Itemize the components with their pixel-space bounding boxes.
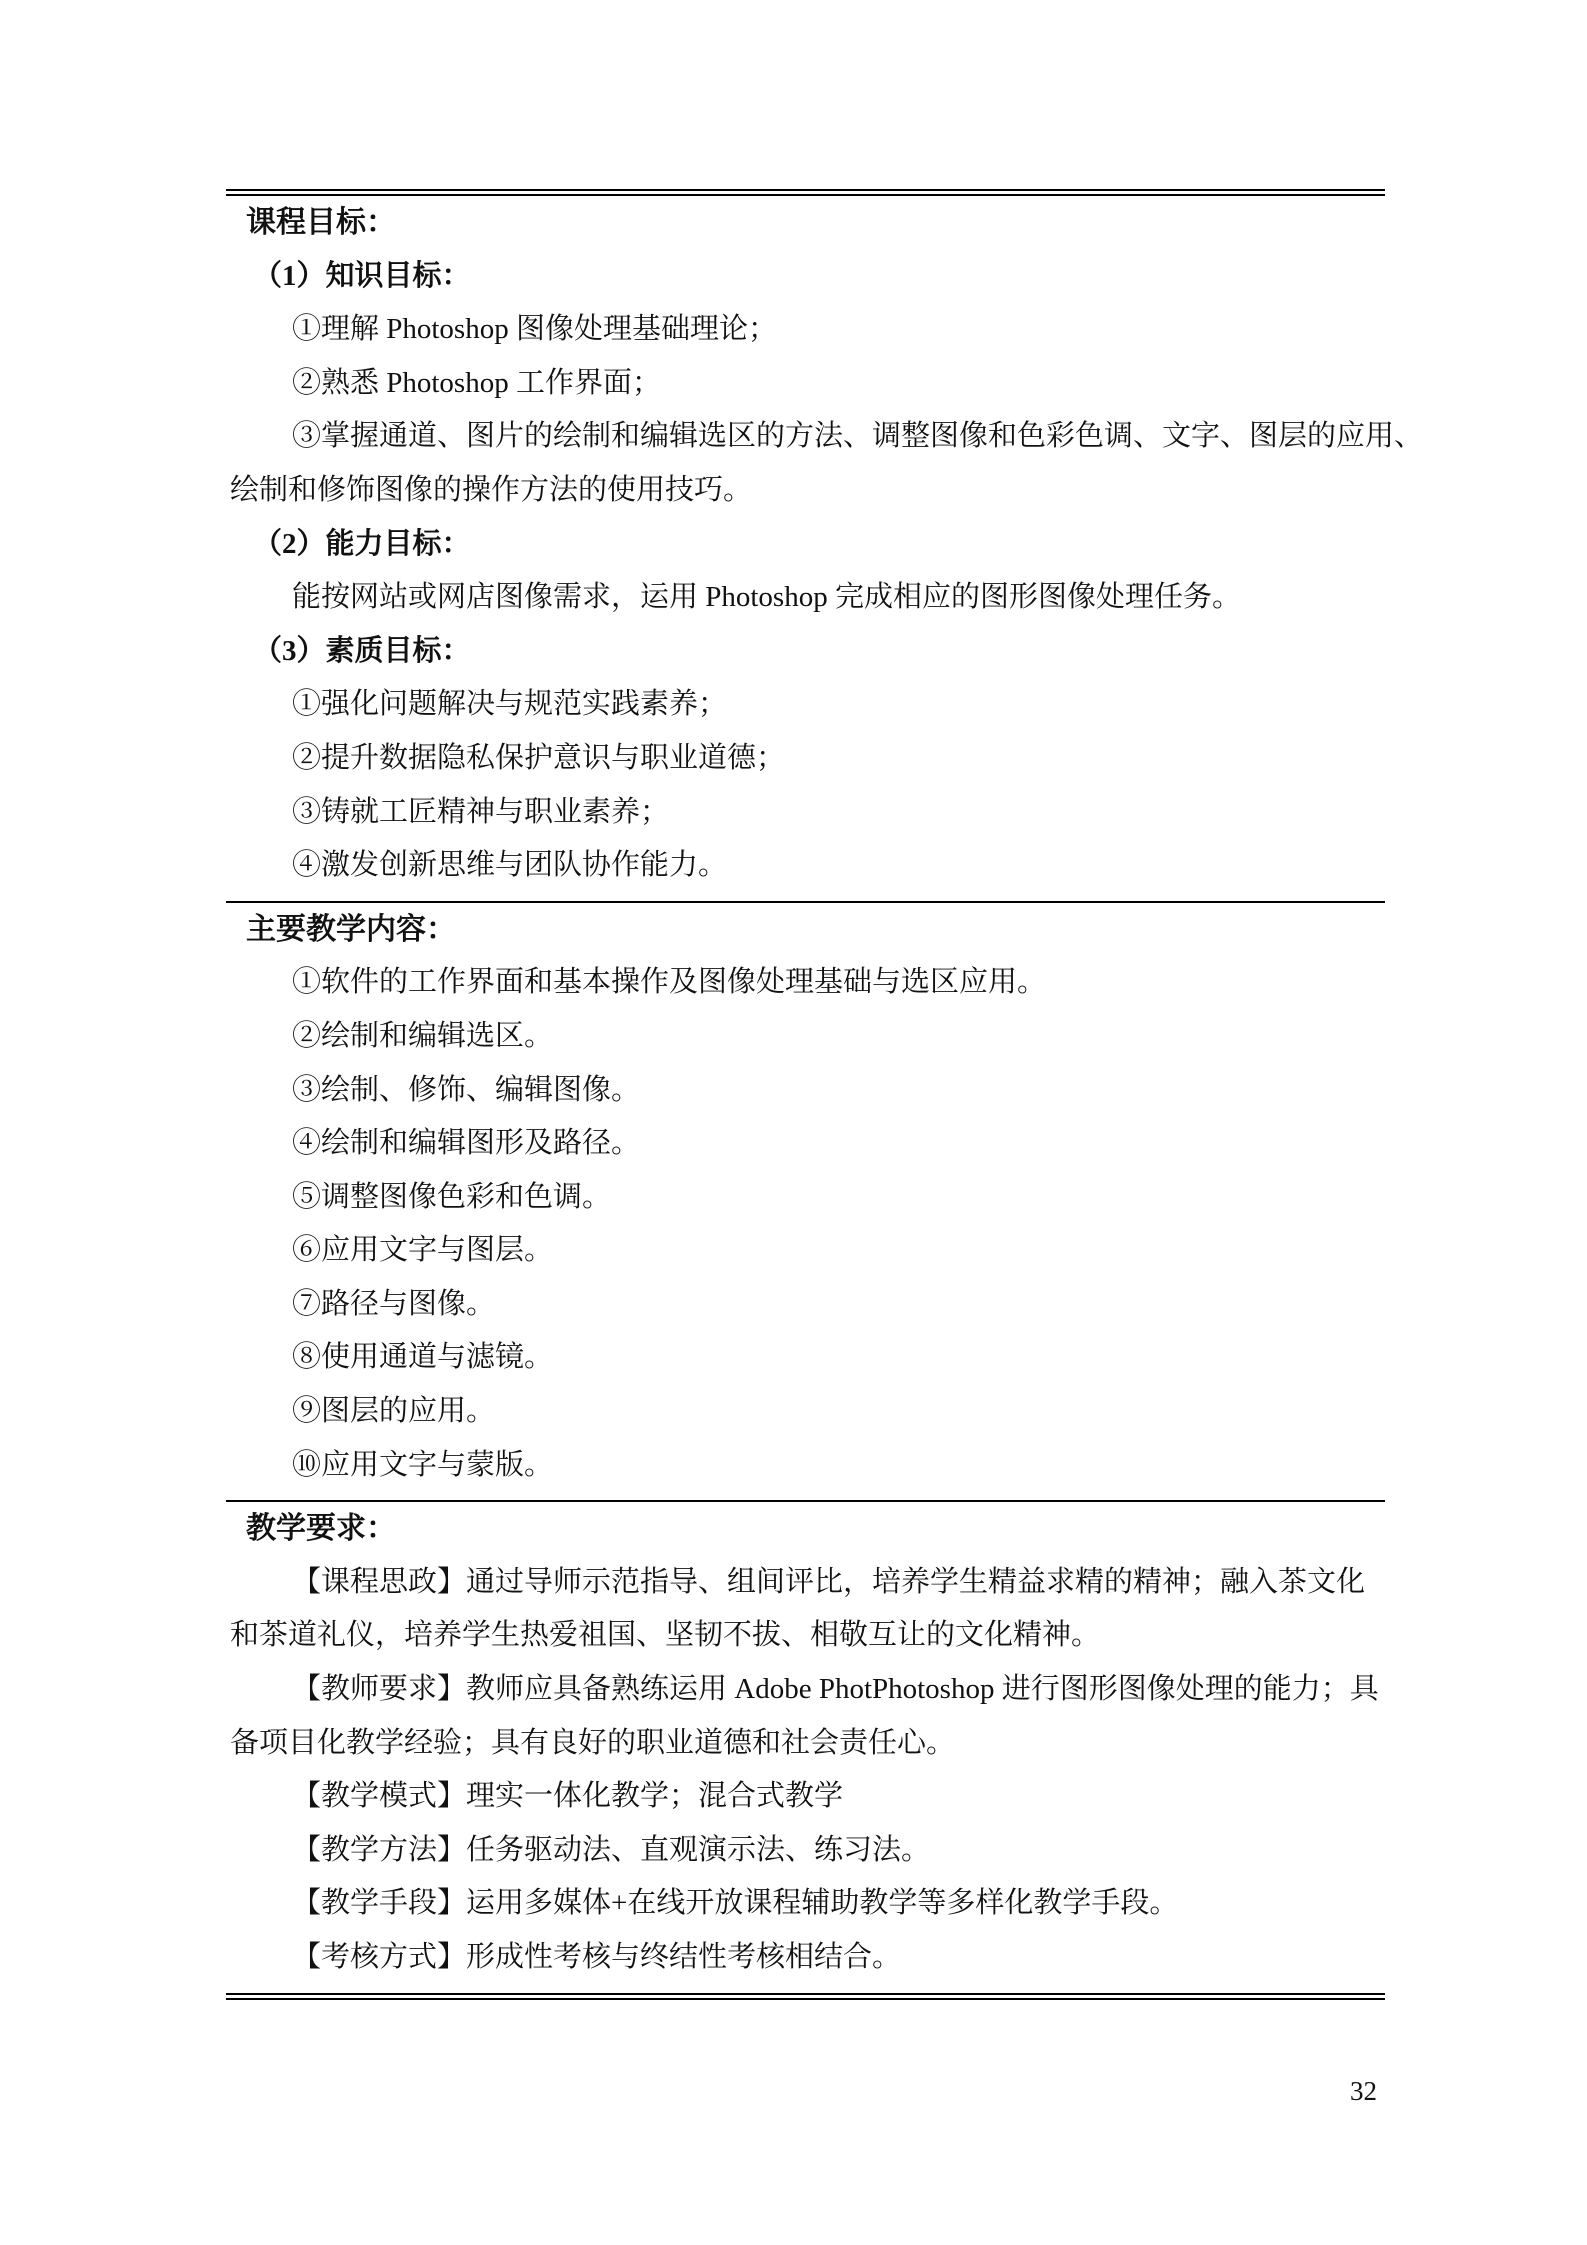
- text-line: ④激发创新思维与团队协作能力。: [226, 839, 1385, 893]
- syllabus-table: 课程目标： （1）知识目标： ①理解 Photoshop 图像处理基础理论； ②…: [226, 189, 1385, 2000]
- text-line: 备项目化教学经验；具有良好的职业道德和社会责任心。: [226, 1717, 1385, 1771]
- teaching-requirements-heading: 教学要求：: [226, 1502, 1385, 1556]
- text-line: ②提升数据隐私保护意识与职业道德；: [226, 732, 1385, 786]
- section-course-objectives: 课程目标： （1）知识目标： ①理解 Photoshop 图像处理基础理论； ②…: [226, 196, 1385, 901]
- text-line: 【教师要求】教师应具备熟练运用 Adobe PhotPhotoshop 进行图形…: [226, 1663, 1385, 1717]
- text-line: ⑨图层的应用。: [226, 1385, 1385, 1439]
- document-page: 课程目标： （1）知识目标： ①理解 Photoshop 图像处理基础理论； ②…: [0, 0, 1587, 2245]
- section-teaching-requirements: 教学要求： 【课程思政】通过导师示范指导、组间评比，培养学生精益求精的精神；融入…: [226, 1502, 1385, 1992]
- text-line: 和茶道礼仪，培养学生热爱祖国、坚韧不拔、相敬互让的文化精神。: [226, 1609, 1385, 1663]
- text-line: 【教学模式】理实一体化教学；混合式教学: [226, 1770, 1385, 1824]
- text-line: 【教学手段】运用多媒体+在线开放课程辅助教学等多样化教学手段。: [226, 1877, 1385, 1931]
- text-line: 【课程思政】通过导师示范指导、组间评比，培养学生精益求精的精神；融入茶文化: [226, 1556, 1385, 1610]
- page-number: 32: [1350, 2076, 1377, 2106]
- quality-objectives-subheading: （3）素质目标：: [226, 625, 1385, 679]
- text-line: 能按网站或网店图像需求，运用 Photoshop 完成相应的图形图像处理任务。: [226, 571, 1385, 625]
- text-line: ②熟悉 Photoshop 工作界面；: [226, 357, 1385, 411]
- text-line: ①理解 Photoshop 图像处理基础理论；: [226, 303, 1385, 357]
- text-line: ④绘制和编辑图形及路径。: [226, 1117, 1385, 1171]
- text-line: ⑥应用文字与图层。: [226, 1224, 1385, 1278]
- text-line: 绘制和修饰图像的操作方法的使用技巧。: [226, 464, 1385, 518]
- text-line: ③铸就工匠精神与职业素养；: [226, 786, 1385, 840]
- text-line: ⑩应用文字与蒙版。: [226, 1439, 1385, 1493]
- text-line: ①软件的工作界面和基本操作及图像处理基础与选区应用。: [226, 956, 1385, 1010]
- text-line: ③绘制、修饰、编辑图像。: [226, 1064, 1385, 1118]
- text-line: ①强化问题解决与规范实践素养；: [226, 678, 1385, 732]
- table-border-bottom: [226, 1993, 1385, 2000]
- text-line: 【考核方式】形成性考核与终结性考核相结合。: [226, 1931, 1385, 1985]
- section-teaching-content: 主要教学内容： ①软件的工作界面和基本操作及图像处理基础与选区应用。 ②绘制和编…: [226, 903, 1385, 1501]
- ability-objectives-subheading: （2）能力目标：: [226, 518, 1385, 572]
- text-line: 【教学方法】任务驱动法、直观演示法、练习法。: [226, 1824, 1385, 1878]
- teaching-content-heading: 主要教学内容：: [226, 903, 1385, 957]
- text-line: ⑦路径与图像。: [226, 1278, 1385, 1332]
- course-objectives-heading: 课程目标：: [226, 196, 1385, 250]
- text-line: ⑧使用通道与滤镜。: [226, 1331, 1385, 1385]
- knowledge-objectives-subheading: （1）知识目标：: [226, 250, 1385, 304]
- text-line: ③掌握通道、图片的绘制和编辑选区的方法、调整图像和色彩色调、文字、图层的应用、: [226, 410, 1385, 464]
- text-line: ⑤调整图像色彩和色调。: [226, 1171, 1385, 1225]
- table-border-top: [226, 189, 1385, 196]
- text-line: ②绘制和编辑选区。: [226, 1010, 1385, 1064]
